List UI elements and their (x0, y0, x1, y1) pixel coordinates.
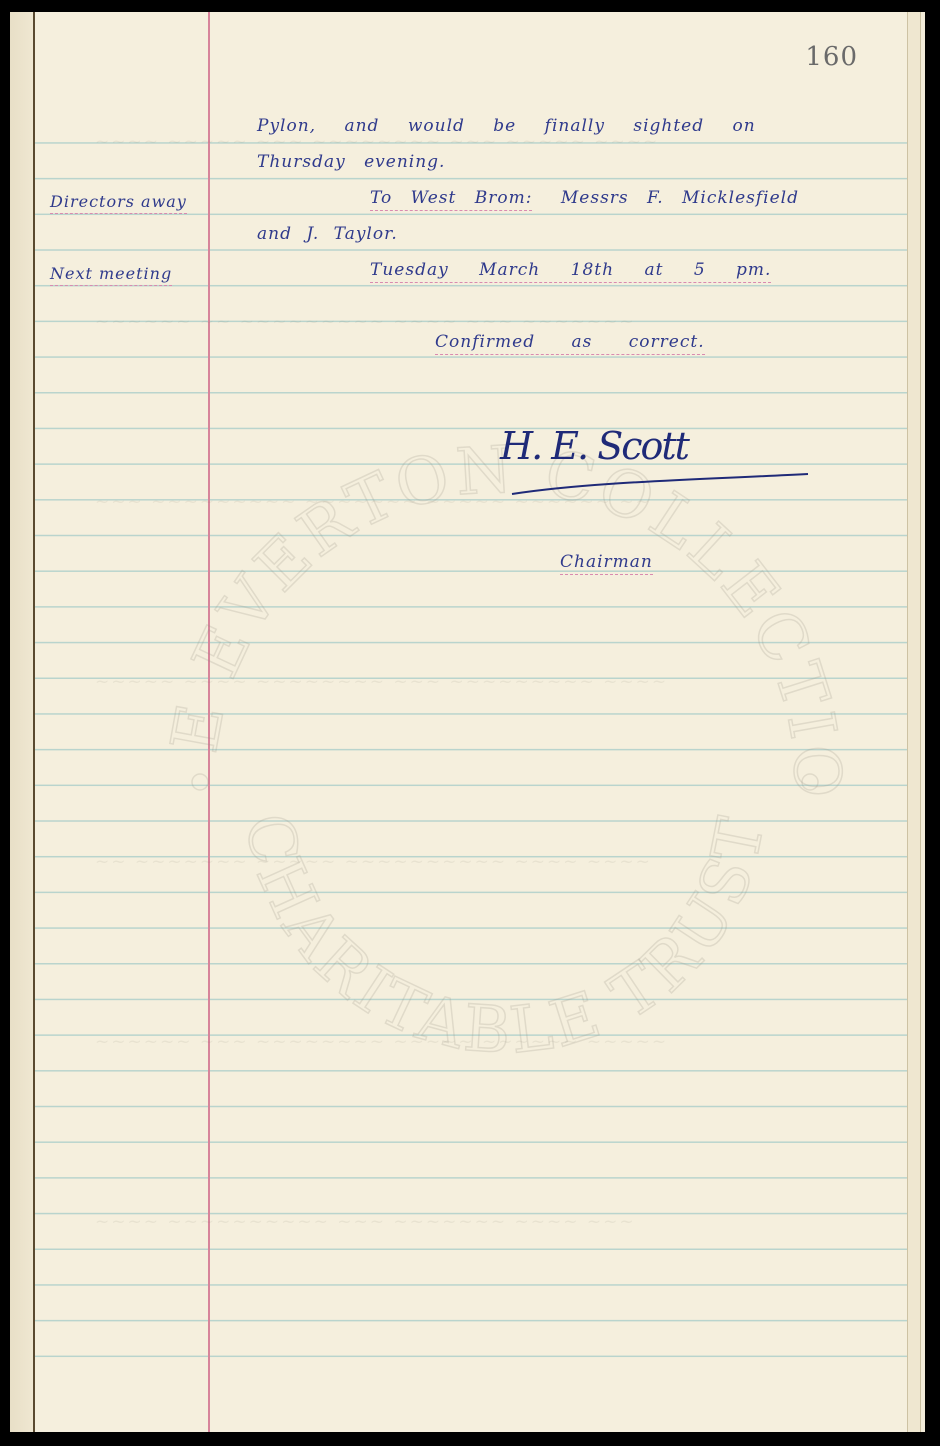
minute-line-1: Pylon, and would be finally sighted on (257, 116, 756, 136)
minute-book: ~~~~ ~~~~~ ~~~ ~~~~~~~~ ~~~ ~~~~~ ~~~~ ~… (10, 12, 925, 1432)
signatory-title: Chairman (560, 552, 653, 575)
left-page-edge (10, 12, 35, 1432)
minute-line-4: and J. Taylor. (257, 224, 398, 244)
page-number: 160 (805, 42, 858, 72)
watermark-top: THE EVERTON COLLECTION (125, 362, 854, 802)
minute-line-3: To West Brom: Messrs F. Micklesfield (370, 188, 799, 208)
svg-text:THE EVERTON COLLECTION: THE EVERTON COLLECTION (125, 362, 854, 802)
chairman-signature: H. E. Scott (500, 424, 688, 468)
ledger-page: ~~~~ ~~~~~ ~~~ ~~~~~~~~ ~~~ ~~~~~ ~~~~ ~… (35, 12, 921, 1432)
watermark-bottom: CHARITABLE TRUST (229, 808, 780, 1070)
svg-text:CHARITABLE TRUST: CHARITABLE TRUST (229, 808, 780, 1070)
minute-line-5: Tuesday March 18th at 5 pm. (370, 260, 771, 283)
confirmation-text: Confirmed as correct. (435, 332, 705, 355)
minute-line-2: Thursday evening. (257, 152, 445, 172)
margin-note-directors-away: Directors away (50, 192, 187, 214)
page-right-edge (907, 12, 920, 1432)
destination-underlined: To West Brom: (370, 188, 532, 211)
margin-note-next-meeting: Next meeting (50, 264, 172, 286)
signature-flourish-icon (510, 472, 810, 502)
